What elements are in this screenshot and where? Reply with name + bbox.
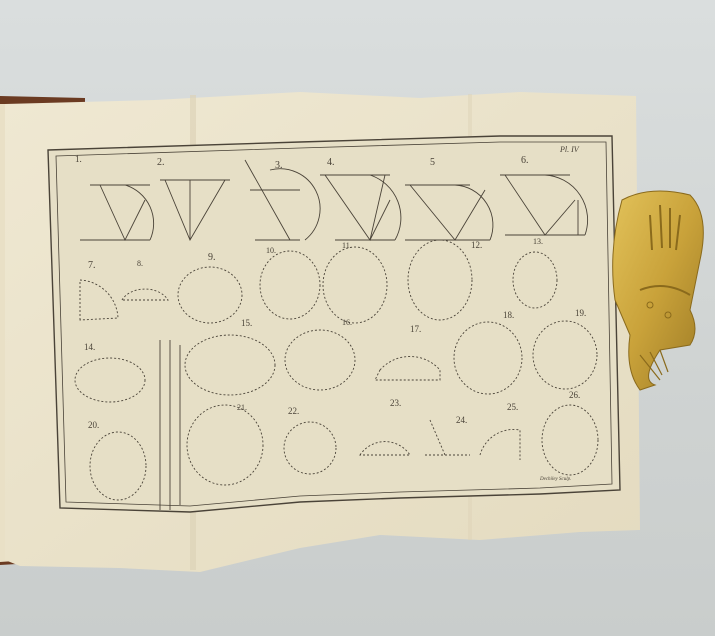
fig-label: 21. <box>237 403 247 412</box>
fig-label: 14. <box>84 342 95 352</box>
fig-label: 6. <box>521 155 529 166</box>
fig-label: 2. <box>157 157 165 168</box>
photo-canvas: 1. 2. 3. 4. 5 6. 7. 8. 9. 10. 11. 12. 13… <box>0 0 715 636</box>
fig-label: 18. <box>503 310 514 320</box>
fig-label: 22. <box>288 406 299 416</box>
folded-plate <box>5 92 640 572</box>
fig-label: 15. <box>241 318 252 328</box>
fig-label: 26. <box>569 390 580 400</box>
fig-label: 7. <box>88 260 96 271</box>
fig-label: 25. <box>507 402 518 412</box>
fig-label: 3. <box>275 160 283 171</box>
photo-scene: 1. 2. 3. 4. 5 6. 7. 8. 9. 10. 11. 12. 13… <box>0 0 715 636</box>
engraver-signature: Dechiley Sculp. <box>539 477 571 482</box>
fig-label: 10. <box>266 246 276 255</box>
fig-label: 24. <box>456 415 467 425</box>
fig-label: 19. <box>575 308 586 318</box>
fig-label: 20. <box>88 420 99 430</box>
plate-title: Pl. IV <box>559 145 580 154</box>
fig-label: 4. <box>327 157 335 168</box>
fig-label: 16. <box>342 318 352 327</box>
fig-label: 23. <box>390 398 401 408</box>
fig-label: 13. <box>533 237 543 246</box>
fig-label: 12. <box>471 240 482 250</box>
fig-label: 8. <box>137 259 143 268</box>
fig-label: 11. <box>342 241 352 250</box>
fig-label: 5 <box>430 157 435 168</box>
fig-label: 9. <box>208 252 216 263</box>
fig-label: 17. <box>410 324 421 334</box>
fig-label: 1. <box>75 154 82 164</box>
